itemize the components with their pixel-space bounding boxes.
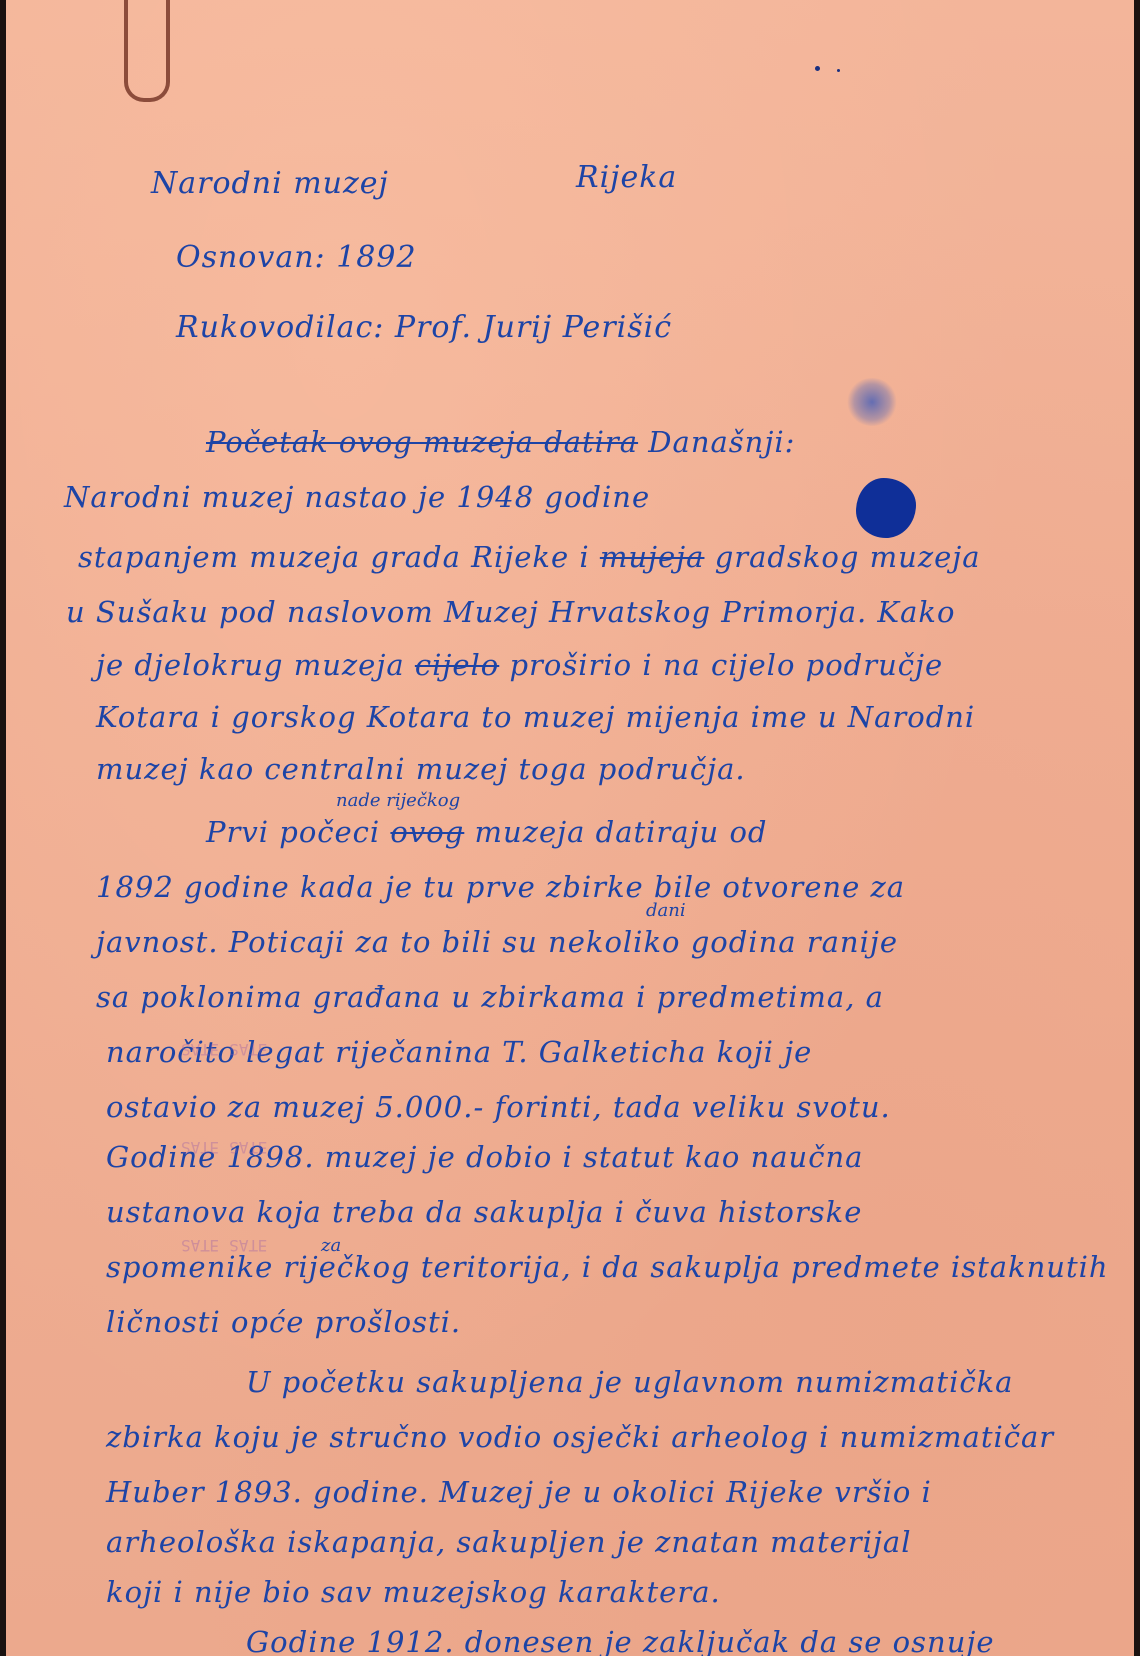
founded-year: 1892 (336, 240, 416, 275)
text-line: koji i nije bio sav muzejskog karaktera. (106, 1575, 721, 1609)
director-label: Rukovodilac: (176, 310, 384, 345)
text-line: je djelokrug muzeja cijelo proširio i na… (96, 648, 943, 682)
text-line: ličnosti opće prošlosti. (106, 1305, 461, 1339)
founded-label: Osnovan: (176, 240, 326, 275)
text-line: Godine 1912. donesen je zaključak da se … (246, 1625, 995, 1656)
ink-dot (837, 69, 840, 72)
text-line: u Sušaku pod naslovom Muzej Hrvatskog Pr… (66, 595, 955, 629)
ink-speckle (846, 378, 898, 426)
text-line: ostavio za muzej 5.000.- forinti, tada v… (106, 1090, 891, 1124)
faint-stamp: ƎTAS ƎTAS (181, 1040, 268, 1059)
text-line: sa poklonima građana u zbirkama i predme… (96, 980, 884, 1014)
text-line: Huber 1893. godine. Muzej je u okolici R… (106, 1475, 932, 1509)
text-line: Prvi počeci ovog muzeja datiraju od (206, 815, 767, 849)
section-heading: Početak ovog muzeja datira Današnji: (206, 425, 795, 459)
text-line: Kotara i gorskog Kotara to muzej mijenja… (96, 700, 975, 734)
city-name: Rijeka (576, 160, 677, 195)
insertion-above: dani (646, 900, 686, 921)
paperclip-mark (124, 0, 170, 102)
text-line: arheološka iskapanja, sakupljen je znata… (106, 1525, 911, 1559)
manuscript-page: Narodni muzej Rijeka Osnovan: 1892 Rukov… (6, 0, 1134, 1656)
text-line: zbirka koju je stručno vodio osječki arh… (106, 1420, 1054, 1454)
struck-heading: Početak ovog muzeja datira (206, 425, 638, 459)
ink-blot (856, 478, 916, 538)
text-line: 1892 godine kada je tu prve zbirke bile … (96, 870, 905, 904)
text-line: ustanova koja treba da sakuplja i čuva h… (106, 1195, 862, 1229)
director-name: Prof. Jurij Perišić (395, 310, 672, 345)
faint-stamp: ƎTAS ƎTAS (181, 1236, 268, 1255)
text-line: muzej kao centralni muzej toga područja. (96, 752, 746, 786)
text-line: stapanjem muzeja grada Rijeke i mujeja g… (78, 540, 981, 574)
heading-replacement: Današnji: (648, 425, 795, 459)
director-row: Rukovodilac: Prof. Jurij Perišić (176, 310, 672, 345)
institution-name: Narodni muzej (151, 166, 389, 201)
text-line: Narodni muzej nastao je 1948 godine (64, 480, 650, 514)
text-line: spomenike riječkog teritorija, i da saku… (106, 1250, 1109, 1284)
faint-stamp: ƎTAS ƎTAS (181, 1138, 268, 1157)
founded-row: Osnovan: 1892 (176, 240, 417, 275)
ink-dot (815, 66, 820, 71)
text-line: U početku sakupljena je uglavnom numizma… (246, 1365, 1013, 1399)
text-line: javnost. Poticaji za to bili su nekoliko… (96, 925, 898, 959)
insertion-above: nade riječkog (336, 790, 460, 811)
